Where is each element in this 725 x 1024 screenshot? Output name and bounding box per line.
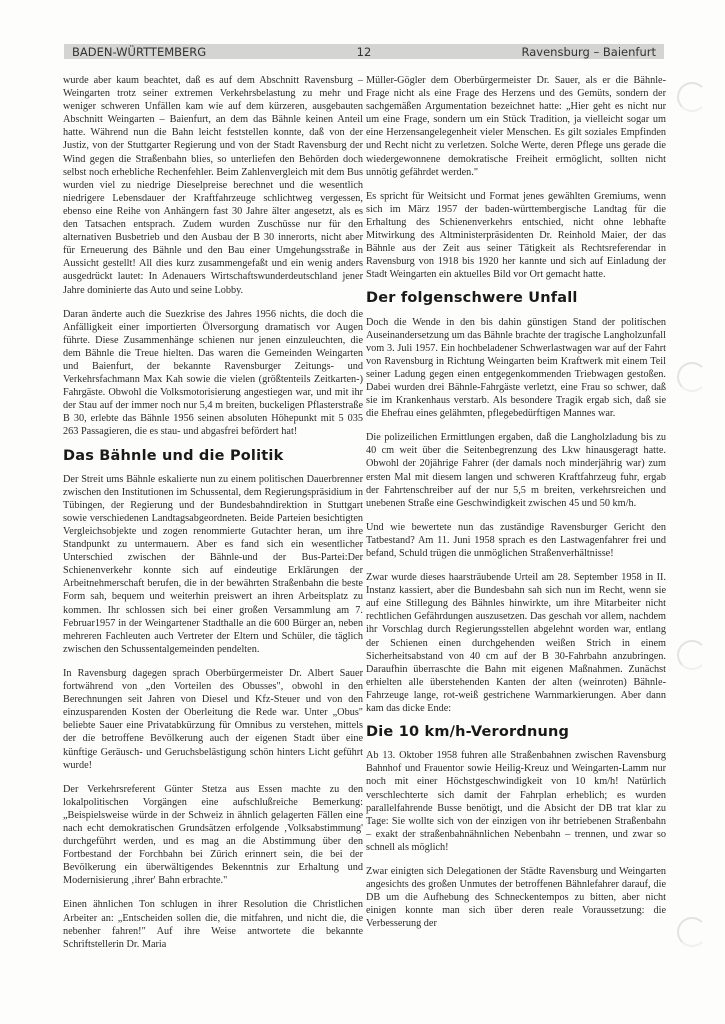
paragraph: Daran änderte auch die Suezkrise des Jah…	[63, 308, 363, 439]
paragraph: Der Streit ums Bähnle eskalierte nun zu …	[63, 473, 363, 656]
paragraph: Es spricht für Weitsicht und Format jene…	[366, 190, 666, 282]
paragraph: Der Verkehrsreferent Günter Stetza aus E…	[63, 783, 363, 888]
paragraph: Zwar einigten sich Delegationen der Städ…	[366, 865, 666, 930]
paragraph: wurde aber kaum beachtet, daß es auf dem…	[63, 74, 363, 297]
page-number: 12	[357, 45, 372, 59]
paragraph: Und wie bewertete nun das zuständige Rav…	[366, 521, 666, 560]
paragraph: Ab 13. Oktober 1958 fuhren alle Straßenb…	[366, 749, 666, 854]
left-column: wurde aber kaum beachtet, daß es auf dem…	[63, 74, 363, 962]
punch-hole-icon	[677, 917, 707, 947]
paragraph: Zwar wurde dieses haarsträubende Urteil …	[366, 571, 666, 715]
paragraph: Die polizeilichen Ermittlungen ergaben, …	[366, 431, 666, 510]
punch-hole-icon	[677, 82, 707, 112]
paragraph: Doch die Wende in den bis dahin günstige…	[366, 316, 666, 421]
punch-hole-icon	[677, 362, 707, 392]
paragraph: In Ravensburg dagegen sprach Oberbürgerm…	[63, 667, 363, 772]
section-heading: Der folgenschwere Unfall	[366, 292, 666, 305]
header-route: Ravensburg – Baienfurt	[522, 45, 657, 59]
paragraph: Müller-Gögler dem Oberbürgermeister Dr. …	[366, 74, 666, 179]
punch-hole-icon	[677, 640, 707, 670]
running-header: BADEN-WÜRTTEMBERG 12 Ravensburg – Baienf…	[64, 44, 664, 59]
section-heading: Das Bähnle und die Politik	[63, 450, 363, 463]
header-region: BADEN-WÜRTTEMBERG	[72, 45, 206, 59]
right-column: Müller-Gögler dem Oberbürgermeister Dr. …	[366, 74, 666, 941]
section-heading: Die 10 km/h-Verordnung	[366, 726, 666, 739]
paragraph: Einen ähnlichen Ton schlugen in ihrer Re…	[63, 898, 363, 950]
